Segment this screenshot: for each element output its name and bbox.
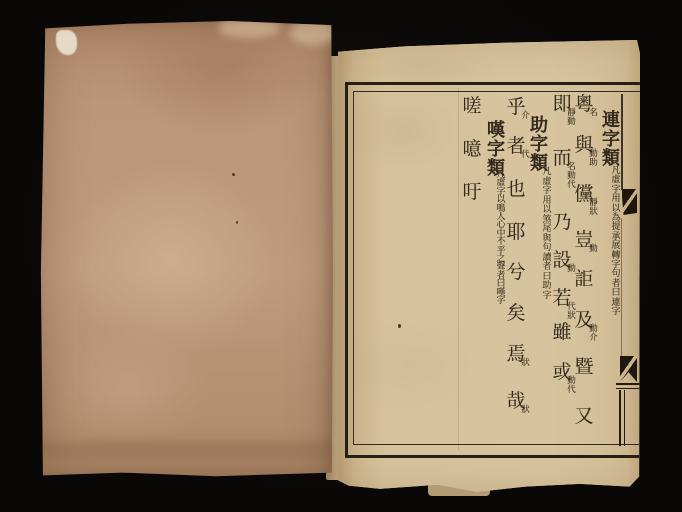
vocab-char: 嗟 xyxy=(462,96,482,116)
book-photo: 連字類凡虛字用以為提承展轉字句者曰連字粵名與動助儻靜狀豈動詎及動介暨又即靜動而名… xyxy=(0,0,682,512)
vocab-char: 吁 xyxy=(462,182,482,202)
vocab-character-column: 嗟噫吁 xyxy=(0,0,682,512)
vocab-char: 噫 xyxy=(462,139,482,159)
printed-text-layer: 連字類凡虛字用以為提承展轉字句者曰連字粵名與動助儻靜狀豈動詎及動介暨又即靜動而名… xyxy=(0,0,682,512)
